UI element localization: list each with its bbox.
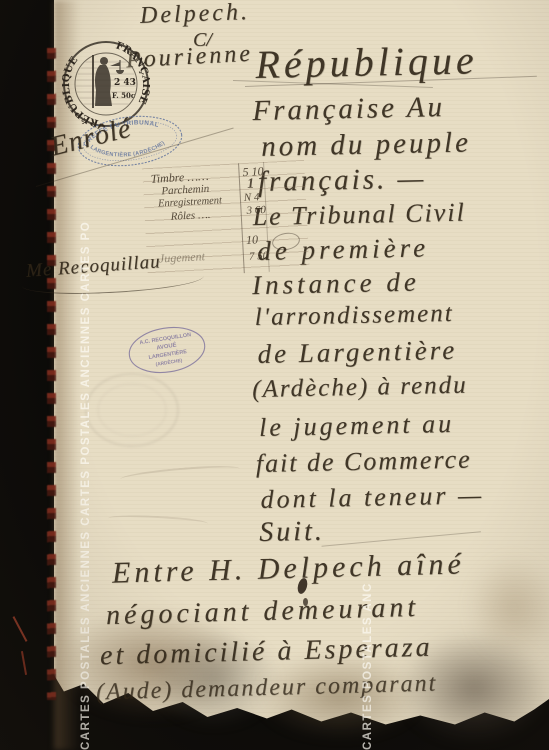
binding-thread-loose-1: [13, 616, 28, 642]
suit-flourish-stroke: [322, 531, 481, 546]
scanned-manuscript-page: { "doc": { "header": { "plaintiff": "Del…: [0, 0, 549, 750]
fee-table: Timbre …… 5 10 Parchemin 1 Enregistremen…: [142, 160, 310, 280]
watermark-center: CARTES POSTALES ANC: [362, 576, 378, 750]
plaintiff-name: Delpech.: [140, 0, 251, 30]
handwriting-line: fait de Commerce: [256, 445, 472, 480]
handwriting-line: Française Au: [252, 91, 445, 128]
court-text-column: République Française Au nom du peuple fr…: [244, 0, 549, 563]
watermark-left: CARTES POSTALES ANCIENNES CARTES POSTALE…: [80, 134, 96, 750]
handwriting-line: l'arrondissement: [254, 300, 453, 332]
fee-row-amount: N 4: [244, 191, 260, 204]
stamp-value-top: 2 43: [114, 78, 136, 88]
fee-row-amount: 10: [246, 232, 259, 248]
fee-row-amount: 1: [247, 176, 255, 192]
faded-stamp-ghost: [82, 370, 182, 450]
fee-row-label: Jugement: [159, 249, 206, 266]
stamp-value-bottom: F. 50c: [112, 91, 135, 100]
fee-row-label: Parchemin: [161, 183, 209, 197]
handwriting-line: de Largentière: [257, 335, 457, 370]
handwriting-line: dont la teneur —: [260, 480, 484, 515]
handwriting-line: Suit.: [259, 516, 325, 549]
ink-blot: [303, 598, 308, 606]
fee-row-label: Rôles ….: [170, 209, 210, 223]
fee-row-amount: 3 60: [246, 204, 266, 217]
handwriting-line: (Ardèche) à rendu: [252, 372, 468, 405]
handwriting-line: République: [255, 36, 478, 88]
handwriting-line: nom du peuple: [261, 126, 471, 163]
handwriting-line: le jugement au: [259, 409, 455, 443]
fee-row-amount: 7 50: [249, 250, 269, 263]
binding-thread-loose-2: [21, 651, 27, 675]
